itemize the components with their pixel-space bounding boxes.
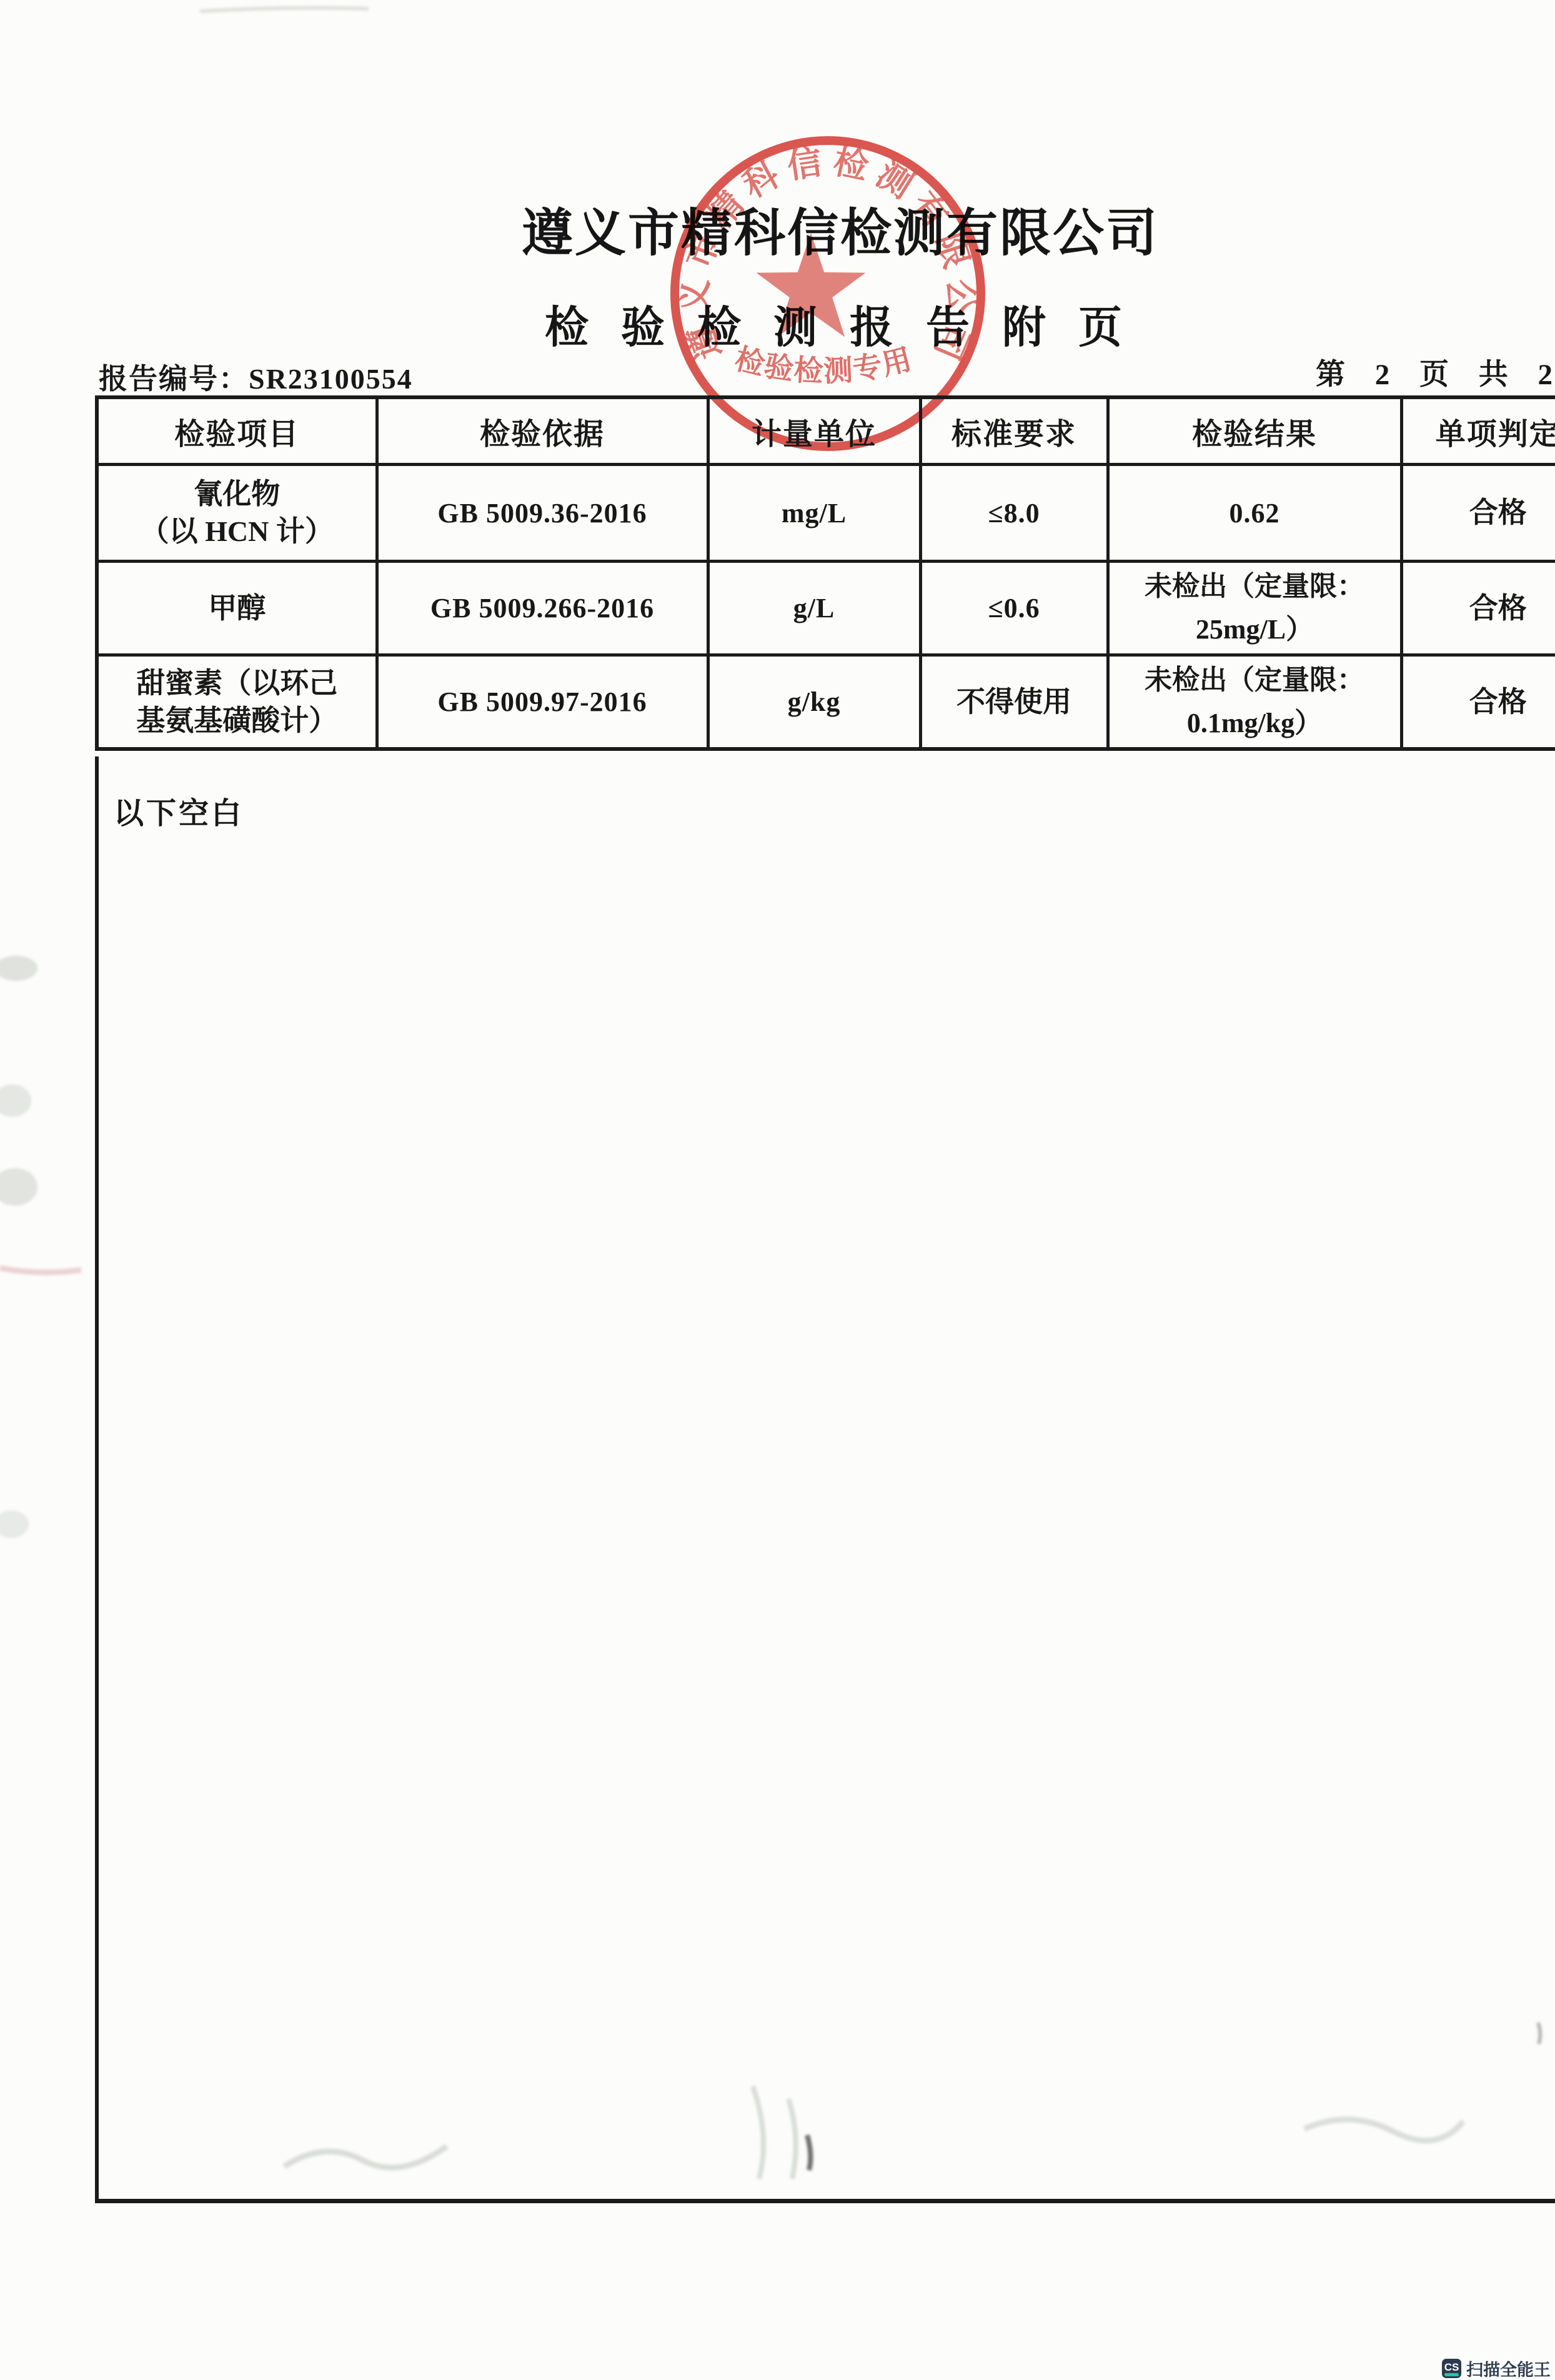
cell-result: 未检出（定量限： 25mg/L） xyxy=(1108,562,1401,655)
camscanner-text: 扫描全能王 xyxy=(1466,2356,1551,2380)
cell-judgement: 合格 xyxy=(1401,562,1555,655)
cell-result: 未检出（定量限： 0.1mg/kg） xyxy=(1108,655,1401,750)
page-indicator: 第 2 页 共 2 页 xyxy=(1316,351,1555,393)
cell-result: 0.62 xyxy=(1108,465,1401,562)
header-row: 检验项目 检验依据 计量单位 标准要求 检验结果 单项判定 xyxy=(97,397,1555,465)
results-table: 检验项目 检验依据 计量单位 标准要求 检验结果 单项判定 氰化物 （以 HCN… xyxy=(95,395,1555,751)
col-header-result: 检验结果 xyxy=(1108,397,1401,465)
cell-method: GB 5009.266-2016 xyxy=(377,562,708,655)
col-header-unit: 计量单位 xyxy=(708,397,920,465)
cell-item: 氰化物 （以 HCN 计） xyxy=(97,465,377,562)
camscanner-cs-label: CS xyxy=(1444,2362,1459,2373)
scan-smudge xyxy=(0,1168,37,1206)
table-row: 甲醇 GB 5009.266-2016 g/L ≤0.6 未检出（定量限： 25… xyxy=(97,562,1555,655)
cell-judgement: 合格 xyxy=(1401,655,1555,750)
blank-note: 以下空白 xyxy=(114,789,244,832)
cell-unit: mg/L xyxy=(708,465,920,562)
scan-smudge xyxy=(200,8,369,11)
cell-requirement: 不得使用 xyxy=(920,655,1108,750)
col-header-requirement: 标准要求 xyxy=(920,397,1108,465)
cell-item: 甜蜜素（以环己 基氨基磺酸计） xyxy=(97,655,377,750)
cell-judgement: 合格 xyxy=(1401,465,1555,562)
cell-method: GB 5009.97-2016 xyxy=(377,655,708,750)
cell-item: 甲醇 xyxy=(97,562,377,655)
report-number-label: 报告编号： xyxy=(99,363,249,395)
col-header-judgement: 单项判定 xyxy=(1401,397,1555,465)
scan-smudge xyxy=(0,1268,81,1272)
cell-requirement: ≤0.6 xyxy=(920,562,1108,655)
camscanner-accent-bar xyxy=(1444,2373,1459,2376)
scan-smudge xyxy=(0,1510,29,1538)
cell-requirement: ≤8.0 xyxy=(920,465,1108,562)
blank-continuation-box: 以下空白 xyxy=(95,756,1555,2203)
report-number-line: 报告编号：SR23100554 xyxy=(99,356,413,397)
document-title: 检验检测报告附页 xyxy=(545,292,1155,355)
camscanner-badge-icon: CS xyxy=(1442,2359,1461,2378)
scanned-report-page: 遵义市精科信检测有限公司 检验检测报告附页 报告编号：SR23100554 第 … xyxy=(0,0,1555,2380)
cell-unit: g/L xyxy=(708,562,920,655)
scan-smudge xyxy=(0,956,37,981)
table-row: 氰化物 （以 HCN 计） GB 5009.36-2016 mg/L ≤8.0 … xyxy=(97,465,1555,562)
table-row: 甜蜜素（以环己 基氨基磺酸计） GB 5009.97-2016 g/kg 不得使… xyxy=(97,655,1555,750)
report-number-value: SR23100554 xyxy=(249,363,413,395)
company-title: 遵义市精科信检测有限公司 xyxy=(522,192,1159,265)
scan-smudge xyxy=(0,1084,31,1117)
cell-method: GB 5009.36-2016 xyxy=(377,465,708,562)
col-header-method: 检验依据 xyxy=(377,397,708,465)
camscanner-watermark: CS 扫描全能王 xyxy=(1442,2356,1551,2380)
col-header-item: 检验项目 xyxy=(97,397,377,465)
cell-unit: g/kg xyxy=(708,655,920,750)
